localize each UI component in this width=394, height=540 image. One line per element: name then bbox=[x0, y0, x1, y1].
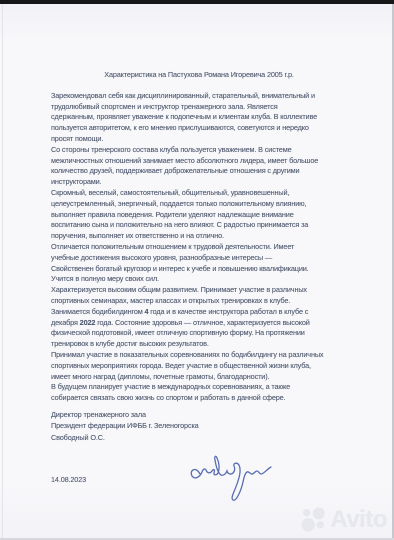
paragraph: Занимается бодибилдингом 4 года и в каче… bbox=[51, 307, 347, 350]
text-line: Зарекомендовал себя как дисциплинированн… bbox=[51, 91, 347, 102]
text-line: количество друзей, поддерживает доброжел… bbox=[51, 166, 347, 177]
text-line: выполняет правила поведения. Родители уд… bbox=[51, 210, 347, 221]
photo-top-border bbox=[0, 0, 394, 4]
paragraph: Отличается положительным отношением к тр… bbox=[51, 242, 347, 264]
paragraph: Характеризуется высоким общим развитием.… bbox=[51, 285, 347, 307]
signatory-name: Свободный О.С. bbox=[51, 432, 347, 443]
text-line: Со стороны тренерского состава клуба пол… bbox=[51, 145, 347, 156]
text-line: спортивных мероприятиях города. Ведет уч… bbox=[51, 361, 347, 372]
paragraph: Принимал участие в показательных соревно… bbox=[51, 350, 347, 382]
text-line: В будущем планирует участие в международ… bbox=[51, 382, 347, 393]
document-title: Характеристика на Пастухова Романа Игоре… bbox=[51, 70, 347, 81]
text-line: тренировок в клубе достиг высоких резуль… bbox=[51, 339, 347, 350]
text-line: спортивных семинарах, мастер классах и о… bbox=[51, 296, 347, 307]
text-line: межличностных отношений занимает место а… bbox=[51, 156, 347, 167]
handwritten-signature-icon bbox=[186, 446, 278, 508]
text-line: инструкторами. bbox=[51, 177, 347, 188]
text-line: учебные достижения высокого уровня, разн… bbox=[51, 253, 347, 264]
text-line: сдержанным, проявляет уважение к подопеч… bbox=[51, 112, 347, 123]
paragraph: Скромный, веселый, самостоятельный, общи… bbox=[51, 188, 347, 242]
text-line: собирается связать свою жизнь со спортом… bbox=[51, 393, 347, 404]
scanned-photo: Характеристика на Пастухова Романа Игоре… bbox=[0, 0, 394, 540]
text-line: декабря 2022 года. Состояние здоровья — … bbox=[51, 318, 347, 329]
signatory-block: Директор тренажерного зала Президент фед… bbox=[51, 409, 347, 443]
text-line: поручения, выполняет их ответственно и н… bbox=[51, 231, 347, 242]
text-line: физической подготовкой, имеет отличную с… bbox=[51, 328, 347, 339]
avito-logo-dots-icon bbox=[300, 506, 327, 533]
signatory-position-1: Директор тренажерного зала bbox=[51, 409, 347, 420]
avito-watermark-text: Avito bbox=[330, 506, 387, 533]
text-line: Скромный, веселый, самостоятельный, общи… bbox=[51, 188, 347, 199]
photo-left-border bbox=[2, 4, 3, 540]
document-body: Зарекомендовал себя как дисциплинированн… bbox=[51, 91, 347, 404]
text-line: имеет много наград (дипломы, почетные гр… bbox=[51, 372, 347, 383]
paragraph: Со стороны тренерского состава клуба пол… bbox=[51, 145, 347, 188]
text-line: воспитанию сына и положительно на него в… bbox=[51, 220, 347, 231]
paragraph: В будущем планирует участие в международ… bbox=[51, 382, 347, 404]
text-line: просят помощи. bbox=[51, 134, 347, 145]
text-line: Принимал участие в показательных соревно… bbox=[51, 350, 347, 361]
signatory-position-2: Президент федерации ИФББ г. Зеленогорска bbox=[51, 420, 347, 431]
text-line: Свойственен богатый кругозор и интерес к… bbox=[51, 264, 347, 275]
avito-watermark: Avito bbox=[300, 506, 387, 533]
text-line: Отличается положительным отношением к тр… bbox=[51, 242, 347, 253]
text-line: Занимается бодибилдингом 4 года и в каче… bbox=[51, 307, 347, 318]
text-line: целеустремленный, энергичный, поддается … bbox=[51, 199, 347, 210]
paragraph: Свойственен богатый кругозор и интерес к… bbox=[51, 264, 347, 286]
text-line: Характеризуется высоким общим развитием.… bbox=[51, 285, 347, 296]
paragraph: Зарекомендовал себя как дисциплинированн… bbox=[51, 91, 347, 145]
text-line: Учится в полную меру своих сил. bbox=[51, 274, 347, 285]
text-line: трудолюбивый спортсмен и инструктор трен… bbox=[51, 102, 347, 113]
text-line: пользуется авторитетом, к его мнению при… bbox=[51, 123, 347, 134]
reference-letter: Характеристика на Пастухова Романа Игоре… bbox=[51, 70, 347, 485]
